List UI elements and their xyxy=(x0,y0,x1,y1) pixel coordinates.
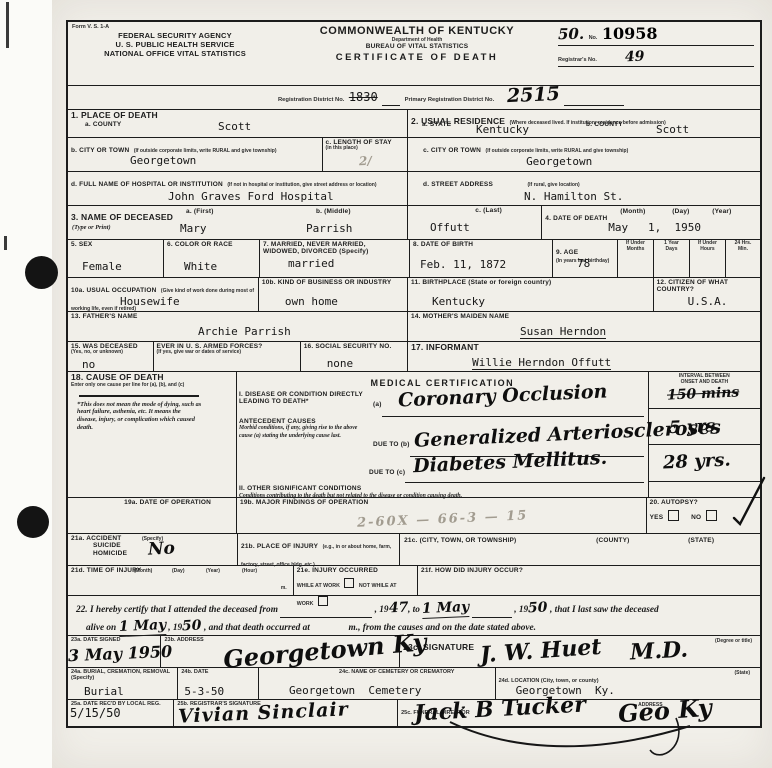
color-race-value: White xyxy=(184,260,217,273)
age-sub-hours: If Under Hours xyxy=(690,240,726,277)
row-3: d. FULL NAME OF HOSPITAL OR INSTITUTION … xyxy=(68,172,760,206)
other-conditions-title: II. OTHER SIGNIFICANT CONDITIONS xyxy=(239,485,646,492)
dod-day-label: (Day) xyxy=(672,208,689,215)
last-name-value: Offutt xyxy=(430,221,470,234)
name-note: (Type or Print) xyxy=(72,224,111,232)
certificate-title: CERTIFICATE OF DEATH xyxy=(282,53,552,64)
field-place-city: b. CITY OR TOWN (If outside corporate li… xyxy=(68,138,323,171)
signature-flourish xyxy=(440,716,740,766)
date-of-death-value: May 1, 1950 xyxy=(608,221,701,234)
age-sub-label: Months xyxy=(619,247,652,253)
occupation-label: 10a. USUAL OCCUPATION xyxy=(71,287,156,294)
field-marital-status: 7. MARRIED, NEVER MARRIED, WIDOWED, DIVO… xyxy=(260,240,410,277)
cert-to-date: 1 May xyxy=(422,599,470,619)
cemetery-value: Georgetown Cemetery xyxy=(289,684,421,697)
first-name-label: a. (First) xyxy=(186,208,214,215)
last-name-label: c. (Last) xyxy=(439,207,538,214)
residence-county-label: b. COUNTY xyxy=(586,121,623,128)
informant-label: 17. INFORMANT xyxy=(411,343,757,353)
age-label: 9. AGE xyxy=(556,249,578,256)
cause-note-1: Enter only one cause per line for (a), (… xyxy=(71,383,186,389)
row-12: 21d. TIME OF INJURY (Month) (Day) (Year)… xyxy=(68,566,760,596)
place-city-label: b. CITY OR TOWN xyxy=(71,147,129,154)
date-signed-value: 3 May 1950 xyxy=(68,642,173,666)
field-place-of-injury: 21b. PLACE OF INJURY (e.g., in or about … xyxy=(238,534,400,565)
age-sub-label: Days xyxy=(655,247,688,253)
field-date-received: 25a. DATE REC'D BY LOCAL REG. 5/15/50 xyxy=(68,700,174,726)
autopsy-yes-label: YES xyxy=(650,514,664,521)
business-value: own home xyxy=(285,295,338,308)
field-physician-signature: 23c. SIGNATURE (Degree or title) J. W. H… xyxy=(400,636,760,667)
autopsy-no-label: NO xyxy=(691,514,701,521)
interval-b-value: 5 yrs, xyxy=(668,415,721,437)
field-registrar-signature: 25b. REGISTRAR'S SIGNATURE Vivian Sincla… xyxy=(174,700,398,726)
row-4: 3. NAME OF DECEASED (Type or Print) a. (… xyxy=(68,206,760,240)
injury-county-label: (COUNTY) xyxy=(596,537,629,544)
was-deceased-note: (Yes, no, or unknown) xyxy=(71,350,150,356)
injury-occurred-label: 21e. INJURY OCCURRED xyxy=(297,567,414,574)
major-findings-pencil-note: 2-60X — 66-3 — 15 xyxy=(357,508,529,530)
age-sub-days: 1 Year Days xyxy=(654,240,690,277)
length-of-stay-note: (in this place) xyxy=(326,146,405,152)
field-sex: 5. SEX Female xyxy=(68,240,164,277)
field-length-of-stay: c. LENGTH OF STAY (in this place) 2/ xyxy=(323,138,409,171)
header-agency-block: Form V. S. 1-A FEDERAL SECURITY AGENCY U… xyxy=(68,22,282,85)
line-a-tag: (a) xyxy=(373,391,382,417)
age-sub-months: If Under Months xyxy=(618,240,654,277)
autopsy-yes-checkbox xyxy=(668,510,679,521)
while-at-work-checkbox xyxy=(344,578,354,588)
form-number: Form V. S. 1-A xyxy=(72,24,278,30)
informant-value: Willie Herndon Offutt xyxy=(472,356,611,370)
dod-month-label: (Month) xyxy=(620,208,645,215)
field-injury-location: 21c. (CITY, TOWN, OR TOWNSHIP) (COUNTY) … xyxy=(400,534,760,565)
injury-state-label: (STATE) xyxy=(688,537,714,544)
cert-p1: I hereby certify that I attended the dec… xyxy=(90,605,278,615)
ssn-value: none xyxy=(327,357,354,370)
major-findings-label: 19b. MAJOR FINDINGS OF OPERATION xyxy=(240,499,643,506)
hospital-note: (If not in hospital or institution, give… xyxy=(227,182,376,188)
cause-note-2: *This does not mean the mode of dying, s… xyxy=(77,401,202,432)
residence-city-note: (If outside corporate limits, write RURA… xyxy=(486,148,629,154)
color-race-label: 6. COLOR OR RACE xyxy=(167,241,256,248)
commonwealth-title: COMMONWEALTH OF KENTUCKY xyxy=(282,25,552,38)
father-label: 13. FATHER'S NAME xyxy=(71,313,404,320)
first-name-value: Mary xyxy=(180,222,207,235)
row-10: 19a. DATE OF OPERATION 19b. MAJOR FINDIN… xyxy=(68,498,760,534)
scan-edge-mark xyxy=(4,236,7,250)
birthplace-label: 11. BIRTHPLACE (State or foreign country… xyxy=(411,279,650,286)
certificate-form: Form V. S. 1-A FEDERAL SECURITY AGENCY U… xyxy=(66,20,762,728)
cert-p2: to xyxy=(413,605,420,615)
marital-label-1: 7. MARRIED, NEVER MARRIED, xyxy=(263,241,406,248)
physician-signature-value: J. W. Huet xyxy=(479,634,602,668)
field-burial-date: 24b. DATE 5-3-50 xyxy=(178,668,259,699)
occupation-value: Housewife xyxy=(120,295,180,308)
reg-district-label: Registration District No. xyxy=(278,97,344,103)
autopsy-no-checkmark xyxy=(706,476,766,530)
middle-name-label: b. (Middle) xyxy=(316,208,351,215)
field-usual-residence: 2. USUAL RESIDENCE (Where deceased lived… xyxy=(408,110,760,137)
primary-reg-label: Primary Registration District No. xyxy=(405,97,495,103)
degree-note: (Degree or title) xyxy=(715,639,752,645)
row-16: 25a. DATE REC'D BY LOCAL REG. 5/15/50 25… xyxy=(68,700,760,726)
marital-value: married xyxy=(288,257,334,270)
business-label: 10b. KIND OF BUSINESS OR INDUSTRY xyxy=(262,279,404,286)
toi-year: (Year) xyxy=(206,569,220,575)
date-of-operation-label: 19a. DATE OF OPERATION xyxy=(121,499,211,506)
field-ssn: 16. SOCIAL SECURITY NO. none xyxy=(301,342,408,371)
field-birthplace: 11. BIRTHPLACE (State or foreign country… xyxy=(408,278,654,311)
interval-c-value: 28 yrs. xyxy=(662,449,731,473)
stamp-year: 50. xyxy=(558,25,584,43)
row-2: b. CITY OR TOWN (If outside corporate li… xyxy=(68,138,760,172)
field-cemetery-name: 24c. NAME OF CEMETERY OR CREMATORY Georg… xyxy=(259,668,496,699)
interval-label-2: ONSET AND DEATH xyxy=(651,380,758,386)
dob-value: Feb. 11, 1872 xyxy=(420,258,506,271)
field-date-of-birth: 8. DATE OF BIRTH Feb. 11, 1872 xyxy=(410,240,553,277)
scan-edge-mark xyxy=(6,2,9,48)
cert-to-year: 50 xyxy=(528,600,548,618)
divider-rule xyxy=(79,395,199,397)
burial-note: (Specify) xyxy=(71,675,174,681)
cert-y3: , 19 xyxy=(168,623,182,633)
primary-reg-value: 2515 xyxy=(506,83,560,107)
age-sub-min: 24 Hrs. Min. xyxy=(726,240,760,277)
field-how-injury-occurred: 21f. HOW DID INJURY OCCUR? xyxy=(418,566,760,595)
antecedent-note: Morbid conditions, if any, giving rise t… xyxy=(239,425,371,439)
cert-meridian: m., xyxy=(349,623,361,633)
citizen-value: U.S.A. xyxy=(688,295,728,308)
row-9: 18. CAUSE OF DEATH Enter only one cause … xyxy=(68,372,760,498)
street-value: N. Hamilton St. xyxy=(524,190,623,203)
field-citizen: 12. CITIZEN OF WHAT COUNTRY? U.S.A. xyxy=(654,278,760,311)
punch-hole-bottom xyxy=(17,506,49,538)
sex-label: 5. SEX xyxy=(71,241,160,248)
registrar-number: 49 xyxy=(625,49,645,66)
cert-alive-date: 1 May xyxy=(118,617,166,637)
accident-value: No xyxy=(148,538,176,559)
registrar-no-label: Registrar's No. xyxy=(558,57,597,63)
row-1: 1. PLACE OF DEATH a. COUNTY Scott 2. USU… xyxy=(68,110,760,138)
field-last-name: c. (Last) Offutt xyxy=(408,206,542,239)
cert-alive-year: 50 xyxy=(182,617,202,635)
hospital-value: John Graves Ford Hospital xyxy=(168,190,334,203)
field-accident-suicide-homicide: 21a. ACCIDENT SUICIDE HOMICIDE (Specify)… xyxy=(68,534,238,565)
was-deceased-value: no xyxy=(82,358,95,371)
burial-date-value: 5-3-50 xyxy=(184,685,224,698)
length-of-stay-value: 2/ xyxy=(358,154,371,169)
reg-district-value: 1830 xyxy=(349,90,378,104)
interval-a-value: 150 mins xyxy=(666,384,739,403)
age-sub-label: Min. xyxy=(727,247,759,253)
file-no-label: No. xyxy=(589,35,598,41)
header-filenumber-block: 50. No. 10958 Registrar's No. 49 xyxy=(552,22,760,85)
registration-district-cell: Registration District No. 1830 Primary R… xyxy=(68,83,760,107)
form-header: Form V. S. 1-A FEDERAL SECURITY AGENCY U… xyxy=(68,22,760,86)
field-burial-type: 24a. BURIAL, CREMATION, REMOVAL (Specify… xyxy=(68,668,178,699)
bureau-line: BUREAU OF VITAL STATISTICS xyxy=(282,43,552,50)
field-age: 9. AGE (In years last birthday) 78 xyxy=(553,240,618,277)
field-cause-of-death-sidebar: 18. CAUSE OF DEATH Enter only one cause … xyxy=(68,372,237,497)
cert-y2: , 19 xyxy=(514,605,528,615)
field-armed-forces: EVER IN U. S. ARMED FORCES? (If yes, giv… xyxy=(154,342,301,371)
dob-label: 8. DATE OF BIRTH xyxy=(413,241,549,248)
field-place-of-death-county: 1. PLACE OF DEATH a. COUNTY Scott xyxy=(68,110,408,137)
row-14: 23a. DATE SIGNED 3 May 1950 23b. ADDRESS… xyxy=(68,636,760,668)
toi-day: (Day) xyxy=(172,569,185,575)
street-note: (If rural, give location) xyxy=(527,182,579,188)
field-street-address: d. STREET ADDRESS (If rural, give locati… xyxy=(408,172,760,205)
mother-label: 14. MOTHER'S MAIDEN NAME xyxy=(411,313,757,320)
hospital-label: d. FULL NAME OF HOSPITAL OR INSTITUTION xyxy=(71,181,223,188)
field-occupation: 10a. USUAL OCCUPATION (Give kind of work… xyxy=(68,278,259,311)
field-name-of-deceased: 3. NAME OF DECEASED (Type or Print) a. (… xyxy=(68,206,408,239)
agency-line-3: NATIONAL OFFICE VITAL STATISTICS xyxy=(72,50,278,59)
field-major-findings: 19b. MAJOR FINDINGS OF OPERATION 2-60X —… xyxy=(237,498,647,533)
row-11: 21a. ACCIDENT SUICIDE HOMICIDE (Specify)… xyxy=(68,534,760,566)
punch-hole-top xyxy=(25,256,58,289)
field-physician-address: 23b. ADDRESS Georgetown Ky xyxy=(161,636,400,667)
toi-month: (Month) xyxy=(134,569,152,575)
toi-meridian: m. xyxy=(281,586,287,592)
father-value: Archie Parrish xyxy=(198,325,291,338)
state-value: Kentucky xyxy=(476,123,529,136)
disease-condition-label: I. DISEASE OR CONDITION DIRECTLY LEADING… xyxy=(239,391,371,406)
name-title: 3. NAME OF DECEASED xyxy=(71,212,173,222)
cemetery-label: 24c. NAME OF CEMETERY OR CREMATORY xyxy=(302,669,492,675)
date-of-death-title: 4. DATE OF DEATH xyxy=(545,215,607,222)
field-injury-occurred: 21e. INJURY OCCURRED WHILE AT WORK NOT W… xyxy=(294,566,418,595)
place-of-injury-label: 21b. PLACE OF INJURY xyxy=(241,543,318,550)
row-6: 10a. USUAL OCCUPATION (Give kind of work… xyxy=(68,278,760,312)
death-certificate-scan: Form V. S. 1-A FEDERAL SECURITY AGENCY U… xyxy=(0,0,772,768)
burial-value: Burial xyxy=(84,685,124,698)
registration-district-row: Registration District No. 1830 Primary R… xyxy=(68,86,760,110)
place-city-value: Georgetown xyxy=(130,154,196,167)
cert-p5: , and that death occurred at xyxy=(204,623,310,633)
state-label: a. STATE xyxy=(422,121,451,128)
street-label: d. STREET ADDRESS xyxy=(423,181,493,188)
cert-p4: alive on xyxy=(86,623,116,633)
field-informant: 17. INFORMANT Willie Herndon Offutt xyxy=(408,342,760,371)
field-date-signed: 23a. DATE SIGNED 3 May 1950 xyxy=(68,636,161,667)
field-was-deceased: 15. WAS DECEASED (Yes, no, or unknown) n… xyxy=(68,342,154,371)
mother-value: Susan Herndon xyxy=(520,325,606,339)
injury-while-at-work: WHILE AT WORK xyxy=(297,583,340,589)
cert-y1: , 19 xyxy=(375,605,389,615)
date-received-value: 5/15/50 xyxy=(70,706,121,720)
residence-city-label: c. CITY OR TOWN xyxy=(423,147,481,154)
row-8: 15. WAS DECEASED (Yes, no, or unknown) n… xyxy=(68,342,760,372)
armed-forces-note: (If yes, give war or dates of service) xyxy=(157,350,297,356)
location-state-note: (State) xyxy=(734,671,750,677)
birthplace-value: Kentucky xyxy=(432,295,485,308)
cert-no: 22. xyxy=(76,605,88,615)
county-value: Scott xyxy=(218,120,251,133)
marital-label-2: WIDOWED, DIVORCED (Specify) xyxy=(263,248,406,255)
citizen-label: 12. CITIZEN OF WHAT COUNTRY? xyxy=(657,279,757,294)
field-mother-name: 14. MOTHER'S MAIDEN NAME Susan Herndon xyxy=(408,312,760,341)
cert-from-year: 47 xyxy=(388,600,408,618)
cert-p3: , that I last saw the deceased xyxy=(550,605,659,615)
file-number: 10958 xyxy=(602,24,658,43)
field-autopsy: 20. AUTOPSY? YES NO xyxy=(647,498,760,533)
age-sub-label: Hours xyxy=(691,247,724,253)
sex-value: Female xyxy=(82,260,122,273)
due-to-c-label: DUE TO (c) xyxy=(369,457,405,483)
field-date-of-death: 4. DATE OF DEATH (Month) (Day) (Year) Ma… xyxy=(542,206,760,239)
middle-name-value: Parrish xyxy=(306,222,352,235)
row-7: 13. FATHER'S NAME Archie Parrish 14. MOT… xyxy=(68,312,760,342)
field-medical-certification: MEDICAL CERTIFICATION I. DISEASE OR COND… xyxy=(237,372,649,497)
field-business: 10b. KIND OF BUSINESS OR INDUSTRY own ho… xyxy=(259,278,408,311)
physician-degree-value: M.D. xyxy=(629,637,688,666)
header-title-block: COMMONWEALTH OF KENTUCKY Department of H… xyxy=(282,22,552,85)
field-date-of-operation: 19a. DATE OF OPERATION xyxy=(68,498,237,533)
injury-city-label: 21c. (CITY, TOWN, OR TOWNSHIP) xyxy=(404,537,516,544)
field-time-of-injury: 21d. TIME OF INJURY (Month) (Day) (Year)… xyxy=(68,566,294,595)
due-to-b-label: DUE TO (b) xyxy=(373,425,410,457)
residence-city-value: Georgetown xyxy=(526,155,592,168)
age-value: 78 xyxy=(577,257,590,270)
toi-hour: (Hour) xyxy=(242,569,257,575)
dod-year-label: (Year) xyxy=(712,208,731,215)
field-residence-city: c. CITY OR TOWN (If outside corporate li… xyxy=(408,138,760,171)
how-injury-label: 21f. HOW DID INJURY OCCUR? xyxy=(421,567,757,574)
ssn-label: 16. SOCIAL SECURITY NO. xyxy=(304,343,404,350)
field-color-race: 6. COLOR OR RACE White xyxy=(164,240,260,277)
field-hospital: d. FULL NAME OF HOSPITAL OR INSTITUTION … xyxy=(68,172,408,205)
residence-county-value: Scott xyxy=(656,123,689,136)
field-father-name: 13. FATHER'S NAME Archie Parrish xyxy=(68,312,408,341)
row-15: 24a. BURIAL, CREMATION, REMOVAL (Specify… xyxy=(68,668,760,700)
row-5: 5. SEX Female 6. COLOR OR RACE White 7. … xyxy=(68,240,760,278)
